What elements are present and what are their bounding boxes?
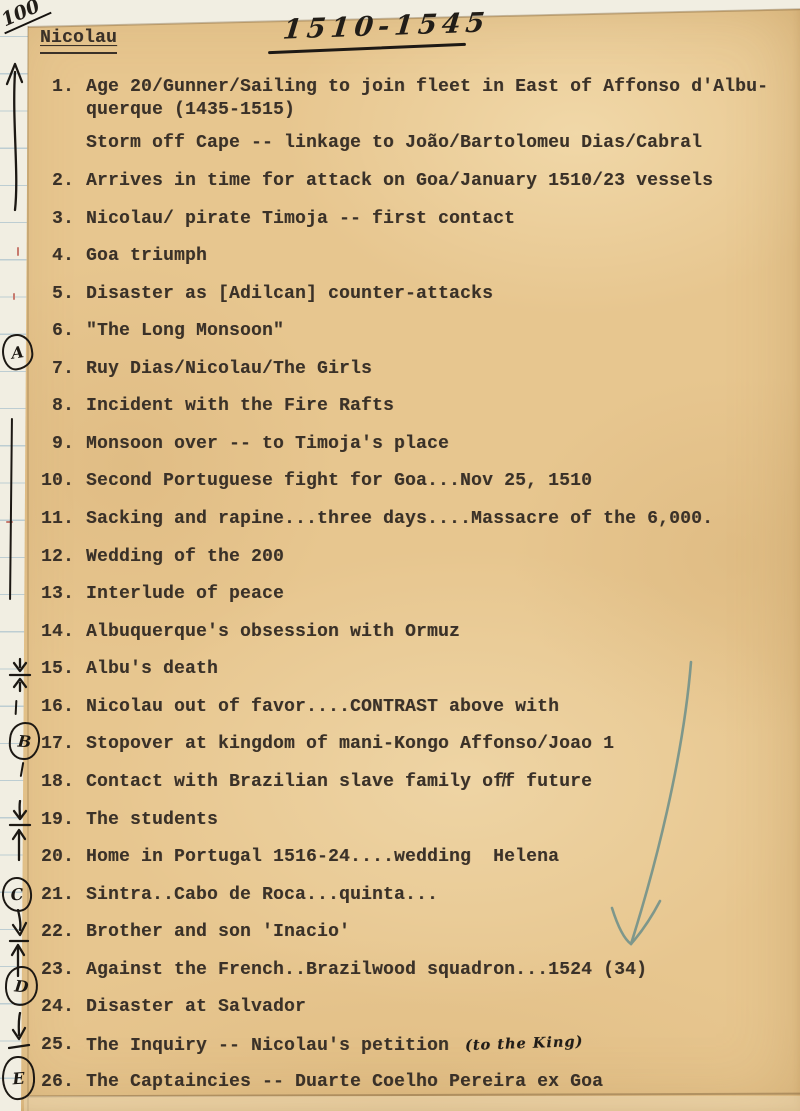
list-item-number: 8. [40,395,74,418]
page-title: Nicolau [40,27,117,54]
down-bar-up-annotation [7,800,33,864]
letter-c: C [10,884,25,904]
list-item-number: 23. [40,959,74,982]
list-item-text: Home in Portugal 1516-24....wedding Hele… [86,847,559,867]
list-item-number: 17. [40,733,74,756]
list-item: 11.Sacking and rapine...three days....Ma… [40,508,713,531]
list-item-number: 7. [40,358,74,381]
list-item: 8.Incident with the Fire Rafts [40,395,394,418]
list-item-text: Second Portuguese fight for Goa...Nov 25… [86,471,592,491]
list-item-text: Nicolau out of favor....CONTRAST above w… [86,697,559,717]
list-item-text: Disaster as [Adilcan] counter-attacks [86,284,493,304]
list-item-number: 26. [40,1071,74,1094]
list-item-text: Monsoon over -- to Timoja's place [86,434,449,454]
list-item-text: The Inquiry -- Nicolau's petition [86,1036,449,1056]
up-arrow-annotation [2,58,28,218]
list-item: 3.Nicolau/ pirate Timoja -- first contac… [40,208,515,231]
list-item: 14.Albuquerque's obsession with Ormuz [40,621,460,644]
list-item-text: Disaster at Salvador [86,997,306,1017]
list-item-text: Incident with the Fire Rafts [86,396,394,416]
list-item-number: 1. [40,76,74,122]
list-item-text: "The Long Monsoon" [86,321,284,341]
list-item-text: Albuquerque's obsession with Ormuz [86,622,460,642]
list-item: 16.Nicolau out of favor....CONTRAST abov… [40,696,559,719]
list-item-number: 14. [40,621,74,644]
list-item-text: Contact with Brazilian slave family of̸f… [86,772,592,792]
list-item-number: 3. [40,208,74,231]
list-item-number: 5. [40,283,74,306]
list-item-number: 18. [40,771,74,794]
list-item-text: The students [86,810,218,830]
list-item-text: Sacking and rapine...three days....Massa… [86,509,713,529]
list-item: 9.Monsoon over -- to Timoja's place [40,433,449,456]
list-item-number: 20. [40,846,74,869]
list-item-number: 9. [40,433,74,456]
red-ink-mark [13,293,15,300]
list-item-text: Interlude of peace [86,584,284,604]
sheet-bottom-fold [24,1096,800,1111]
list-item-text: Brother and son 'Inacio' [86,922,350,942]
list-item-text-line2: querque (1435-1515) [86,99,768,122]
list-item: 25.The Inquiry -- Nicolau's petition(to … [40,1034,584,1058]
list-item: 20.Home in Portugal 1516-24....wedding H… [40,846,559,869]
list-item-number: 13. [40,583,74,606]
list-item-text: Wedding of the 200 [86,547,284,567]
letter-e: E [12,1068,25,1088]
list-item-number: 24. [40,996,74,1019]
list-item-number: 10. [40,470,74,493]
list-item: 10.Second Portuguese fight for Goa...Nov… [40,470,592,493]
handwritten-note: (to the King) [465,1030,584,1057]
list-item-number: 6. [40,320,74,343]
letter-a: A [10,342,25,363]
list-item-number: 16. [40,696,74,719]
list-item: 7.Ruy Dias/Nicolau/The Girls [40,358,372,381]
list-item-text: Goa triumph [86,246,207,266]
list-item: 1.Age 20/Gunner/Sailing to join fleet in… [40,76,768,122]
list-item: 18.Contact with Brazilian slave family o… [40,771,592,794]
list-item-text: Age 20/Gunner/Sailing to join fleet in E… [86,77,768,97]
list-item: 2.Arrives in time for attack on Goa/Janu… [40,170,713,193]
list-item: 23.Against the French..Brazilwood squadr… [40,959,647,982]
storm-note: Storm off Cape -- linkage to João/Bartol… [86,132,702,155]
letter-b: B [17,731,32,751]
down-arrow-annotation [8,909,30,939]
list-item-number: 11. [40,508,74,531]
list-item-number: 4. [40,245,74,268]
list-item-text: The Captaincies -- Duarte Coelho Pereira… [86,1072,603,1092]
list-item: 5.Disaster as [Adilcan] counter-attacks [40,283,493,306]
list-item-text: Against the French..Brazilwood squadron.… [86,960,647,980]
list-item-number: 15. [40,658,74,681]
list-item-number: 25. [40,1034,74,1058]
list-item: 21.Sintra..Cabo de Roca...quinta... [40,884,438,907]
list-item: 19.The students [40,809,218,832]
list-item-number: 12. [40,546,74,569]
list-item-text: Ruy Dias/Nicolau/The Girls [86,359,372,379]
list-item: 17.Stopover at kingdom of mani-Kongo Aff… [40,733,614,756]
list-item-text: Nicolau/ pirate Timoja -- first contact [86,209,515,229]
list-item: 6."The Long Monsoon" [40,320,284,343]
list-item-text: Arrives in time for attack on Goa/Januar… [86,171,713,191]
list-item: 13.Interlude of peace [40,583,284,606]
list-item: 12.Wedding of the 200 [40,546,284,569]
down-arrow-bar-annotation [8,1012,32,1054]
list-item: 4.Goa triumph [40,245,207,268]
list-item-text: Stopover at kingdom of mani-Kongo Affons… [86,734,614,754]
list-item: 22.Brother and son 'Inacio' [40,921,350,944]
list-item: 26.The Captaincies -- Duarte Coelho Pere… [40,1071,603,1094]
red-ink-mark [17,247,19,256]
list-item-text: Sintra..Cabo de Roca...quinta... [86,885,438,905]
letter-d: D [14,976,30,996]
list-item-text: Albu's death [86,659,218,679]
list-item-number: 19. [40,809,74,832]
list-item-number: 21. [40,884,74,907]
list-item: 15.Albu's death [40,658,218,681]
list-item-number: 2. [40,170,74,193]
list-item: 24.Disaster at Salvador [40,996,306,1019]
converging-arrows-annotation [7,657,33,693]
list-item-number: 22. [40,921,74,944]
